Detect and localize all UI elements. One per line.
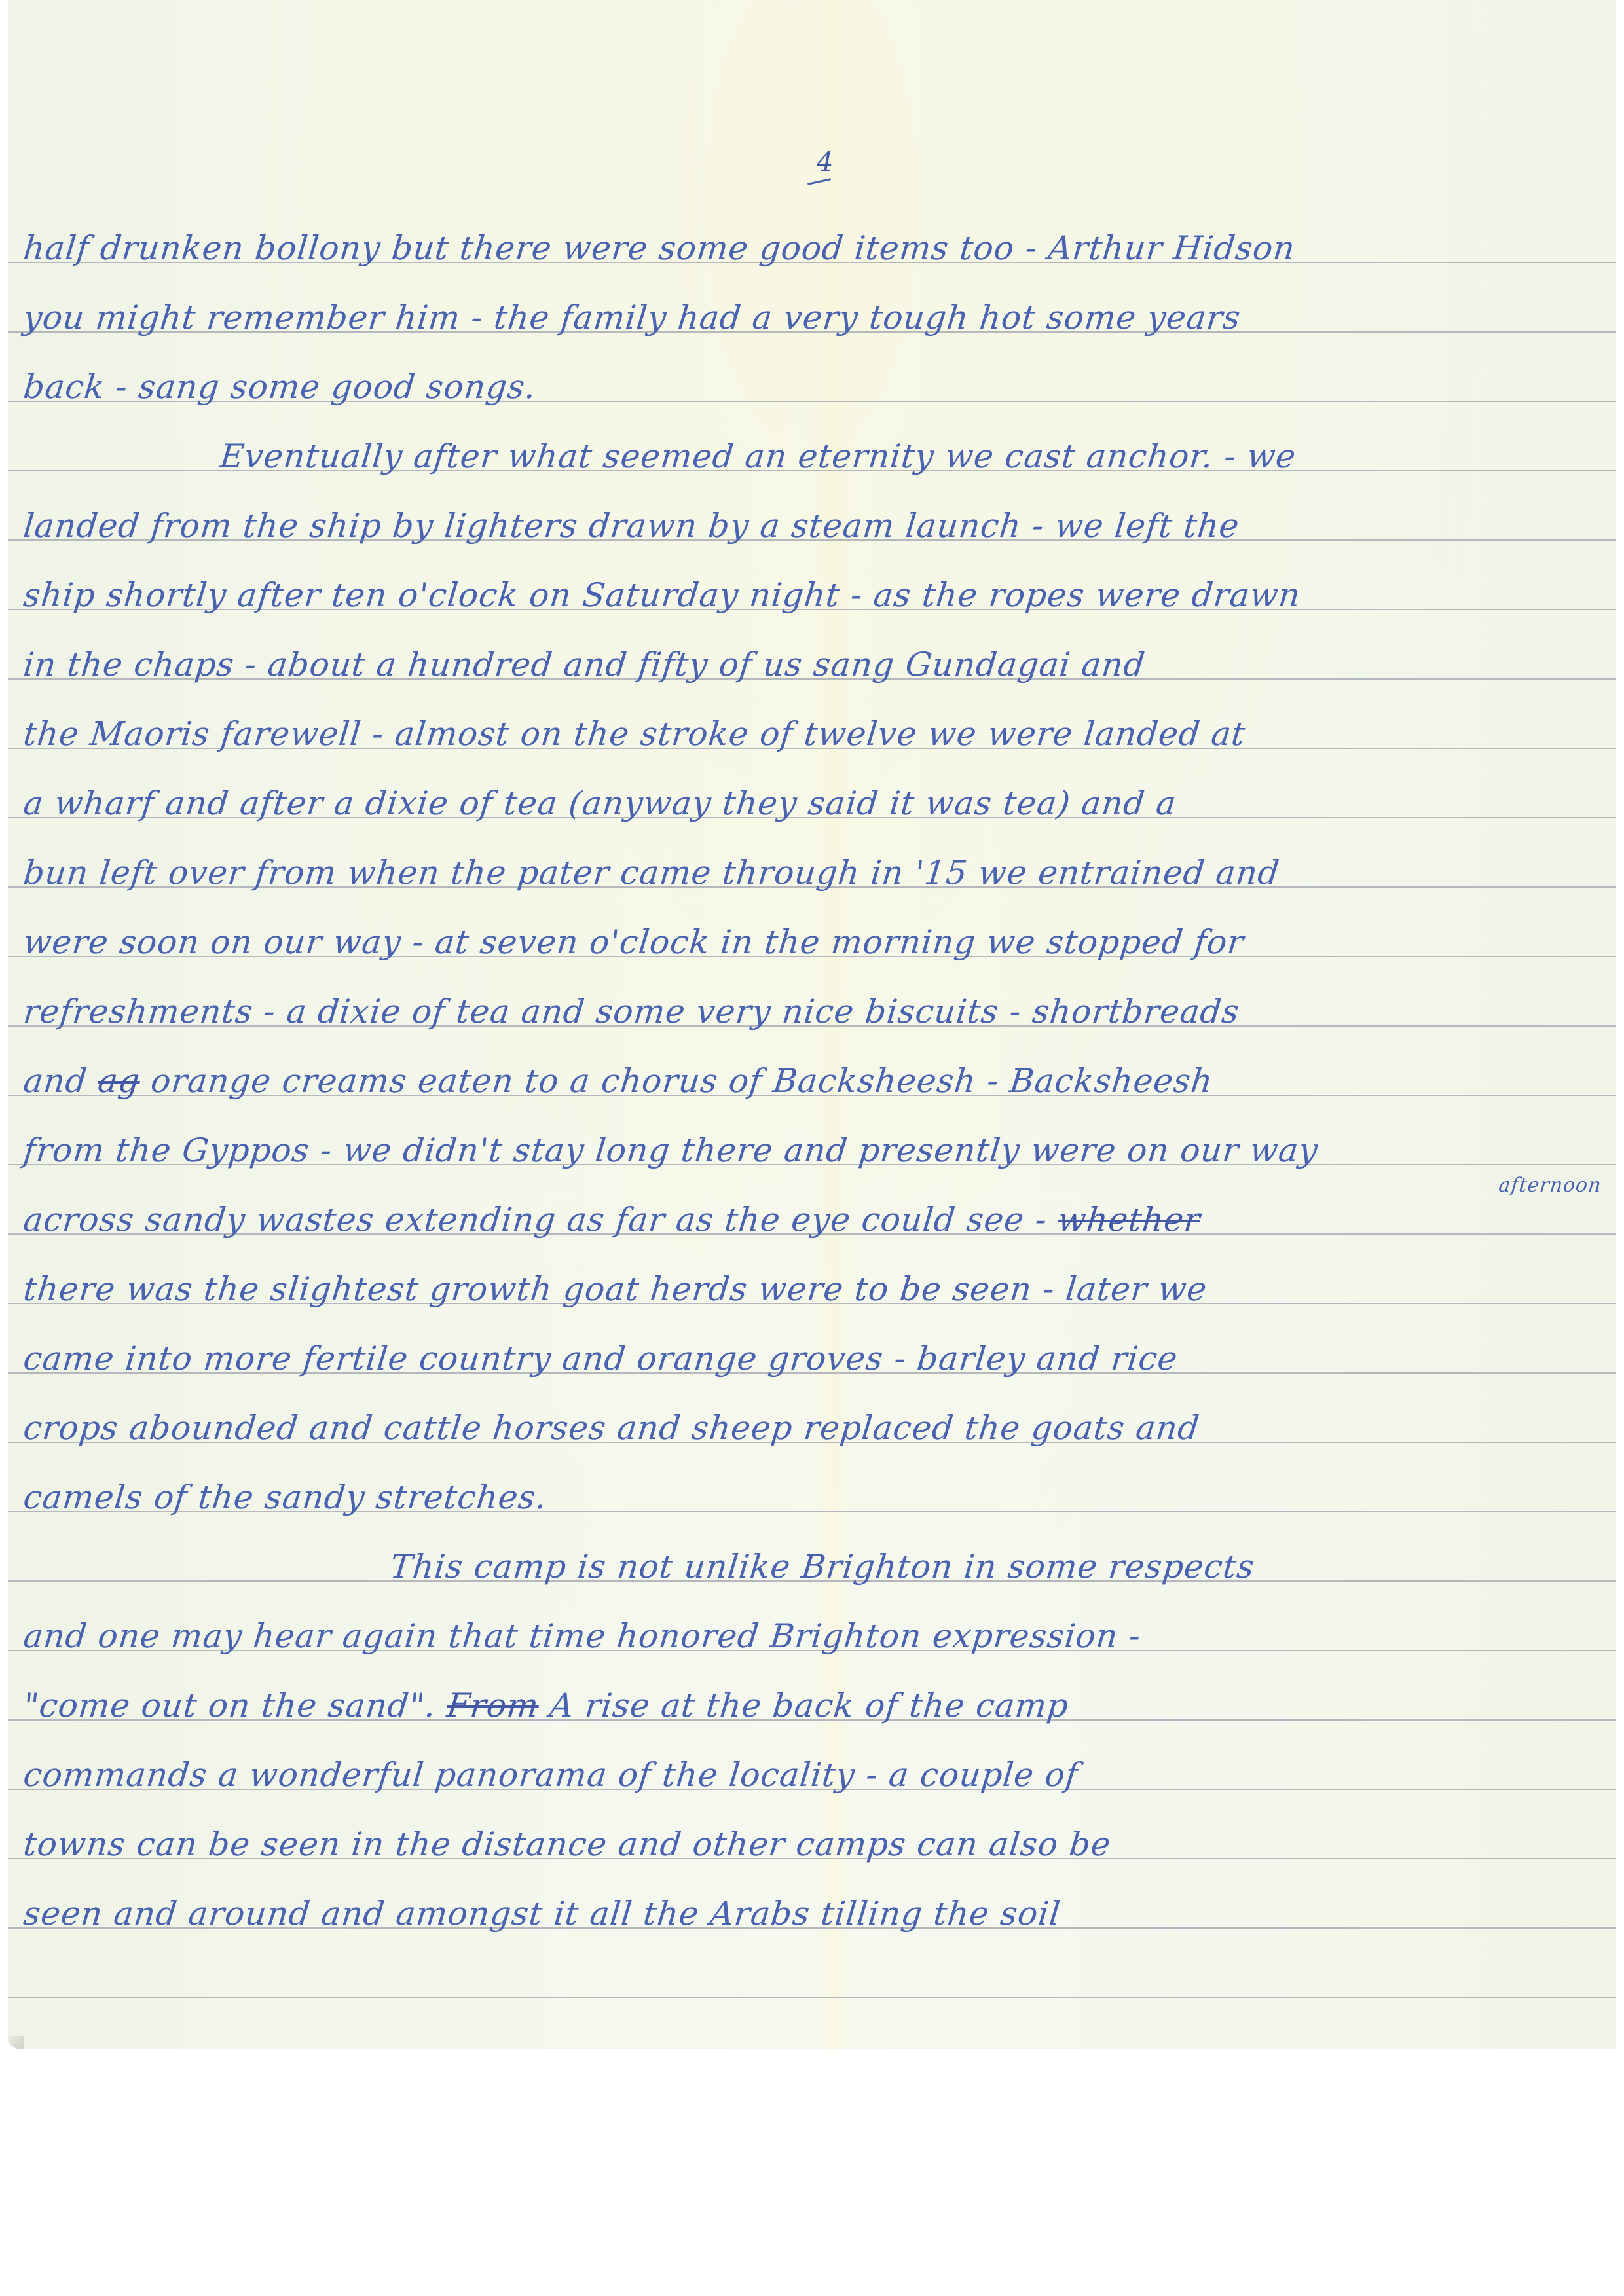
line-text: refreshments - a dixie of tea and some v… — [22, 993, 1242, 1030]
text-line: ship shortly after ten o'clock on Saturd… — [20, 563, 1610, 632]
line-text: seen and around and amongst it all the A… — [22, 1895, 1063, 1933]
line-text: in the chaps - about a hundred and fifty… — [22, 646, 1147, 683]
line-text: orange creams eaten to a chorus of Backs… — [138, 1062, 1215, 1100]
line-text: camels of the sandy stretches. — [22, 1478, 549, 1516]
text-line: from the Gyppos - we didn't stay long th… — [20, 1118, 1610, 1188]
line-text: came into more fertile country and orang… — [22, 1339, 1180, 1377]
text-line: across sandy wastes extending as far as … — [20, 1188, 1610, 1257]
text-line: half drunken bollony but there were some… — [20, 216, 1610, 285]
line-text: across sandy wastes extending as far as … — [22, 1201, 1060, 1239]
text-line: "come out on the sand". From A rise at t… — [20, 1673, 1610, 1743]
text-line: came into more fertile country and orang… — [20, 1326, 1610, 1396]
text-line: bun left over from when the pater came t… — [20, 841, 1610, 910]
text-line: towns can be seen in the distance and ot… — [20, 1812, 1610, 1882]
text-line: the Maoris farewell - almost on the stro… — [20, 702, 1610, 771]
line-text: the Maoris farewell - almost on the stro… — [22, 715, 1247, 753]
struck-word: whether — [1056, 1201, 1202, 1239]
text-line: a wharf and after a dixie of tea (anyway… — [20, 771, 1610, 841]
line-text: towns can be seen in the distance and ot… — [22, 1825, 1113, 1863]
line-text: bun left over from when the pater came t… — [22, 854, 1282, 892]
line-text: were soon on our way - at seven o'clock … — [22, 923, 1246, 961]
inserted-word: afternoon — [1498, 1176, 1602, 1195]
struck-word: From — [445, 1686, 541, 1724]
page-number: 4 — [817, 149, 833, 183]
line-text: landed from the ship by lighters drawn b… — [22, 507, 1242, 545]
struck-word: ag — [96, 1062, 142, 1100]
line-text: This camp is not unlike Brighton in some… — [388, 1548, 1257, 1586]
text-line: commands a wonderful panorama of the loc… — [20, 1743, 1610, 1812]
text-line: camels of the sandy stretches. — [20, 1465, 1610, 1535]
text-line: in the chaps - about a hundred and fifty… — [20, 632, 1610, 702]
line-text: commands a wonderful panorama of the loc… — [22, 1756, 1080, 1794]
line-text: "come out on the sand". — [22, 1686, 449, 1724]
text-line: refreshments - a dixie of tea and some v… — [20, 979, 1610, 1049]
text-line: you might remember him - the family had … — [20, 285, 1610, 355]
line-text: and — [22, 1062, 100, 1100]
line-text: and one may hear again that time honored… — [22, 1617, 1143, 1655]
letter-body: half drunken bollony but there were some… — [20, 216, 1603, 1951]
text-line: This camp is not unlike Brighton in some… — [20, 1535, 1610, 1604]
line-text: from the Gyppos - we didn't stay long th… — [22, 1131, 1320, 1169]
line-text: crops abounded and cattle horses and she… — [22, 1409, 1202, 1447]
text-line: landed from the ship by lighters drawn b… — [20, 494, 1610, 563]
line-text: A rise at the back of the camp — [537, 1686, 1071, 1724]
line-text: half drunken bollony but there were some… — [22, 229, 1297, 267]
text-line: and one may hear again that time honored… — [20, 1604, 1610, 1673]
text-line: crops abounded and cattle horses and she… — [20, 1396, 1610, 1465]
line-text: a wharf and after a dixie of tea (anyway… — [22, 784, 1179, 822]
line-text: Eventually after what seemed an eternity… — [218, 437, 1298, 475]
letter-paper: 4 half drunken bollony but there were so… — [8, 0, 1616, 2049]
line-text: back - sang some good songs. — [22, 368, 538, 406]
text-line: and ag orange creams eaten to a chorus o… — [20, 1049, 1610, 1118]
text-line: Eventually after what seemed an eternity… — [20, 424, 1610, 494]
line-text: you might remember him - the family had … — [22, 299, 1243, 337]
text-line: there was the slightest growth goat herd… — [20, 1257, 1610, 1326]
text-line: were soon on our way - at seven o'clock … — [20, 910, 1610, 979]
line-text: there was the slightest growth goat herd… — [22, 1270, 1209, 1308]
text-line: seen and around and amongst it all the A… — [20, 1882, 1610, 1951]
text-line: back - sang some good songs. — [20, 355, 1610, 424]
line-text: ship shortly after ten o'clock on Saturd… — [22, 576, 1302, 614]
